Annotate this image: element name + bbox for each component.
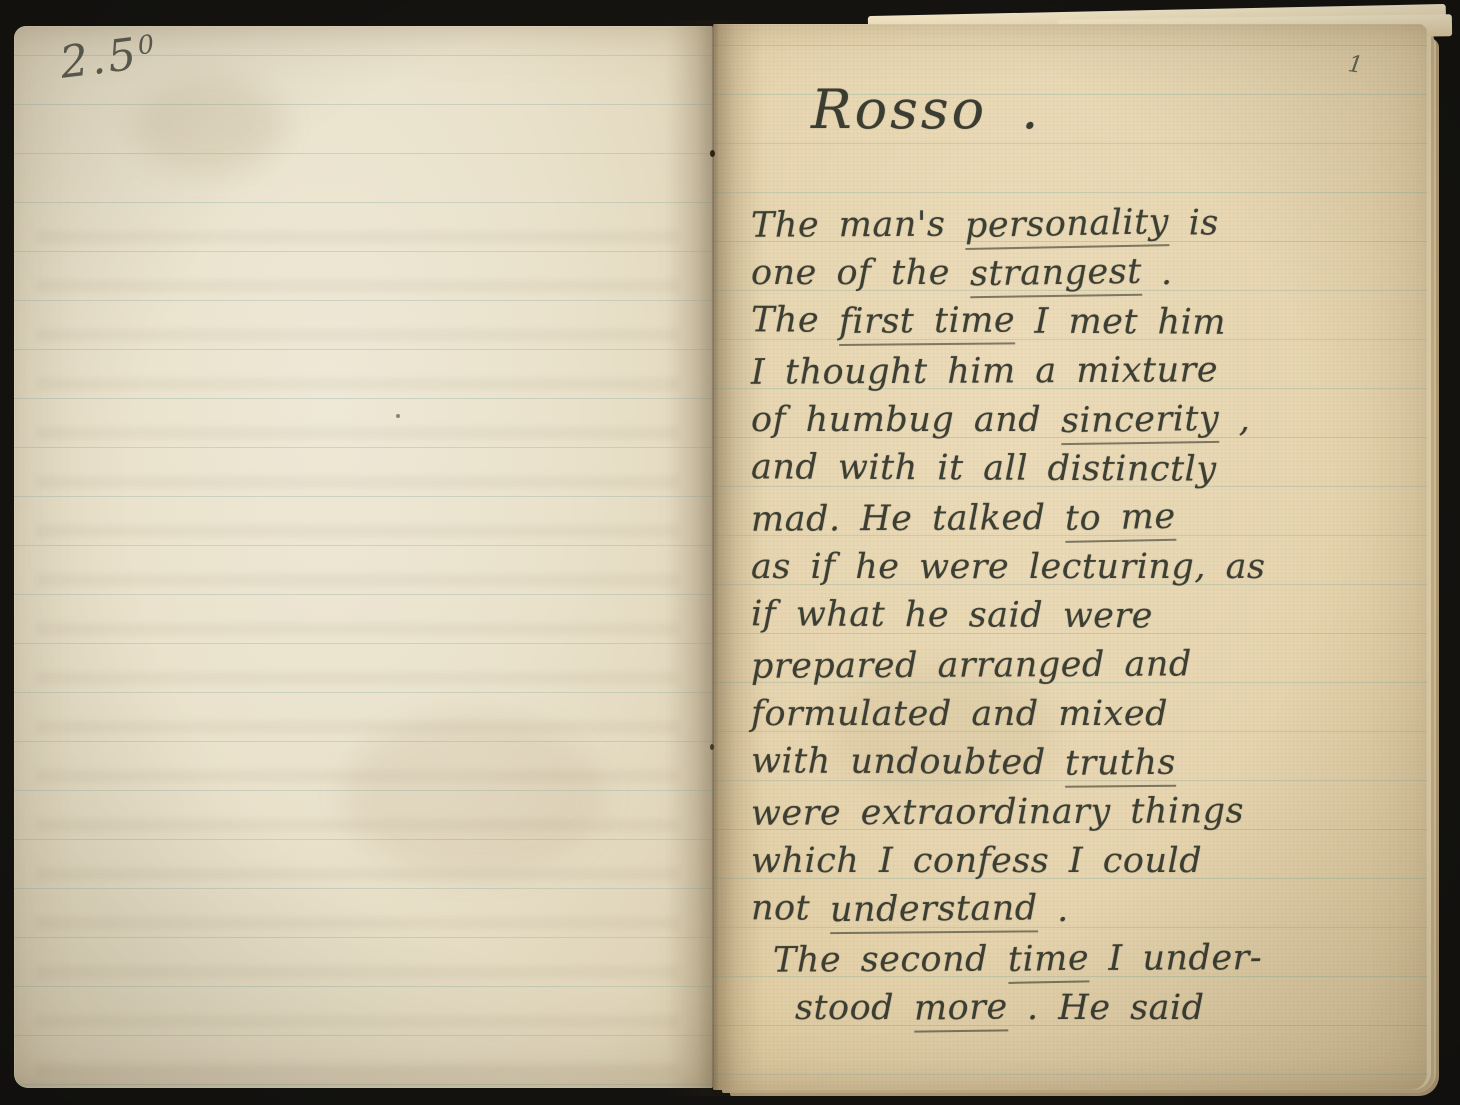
handwriting-text: if what he said were xyxy=(751,594,1153,636)
handwriting-text: . xyxy=(1141,253,1172,293)
handwriting-text: one of the xyxy=(751,253,970,293)
handwriting-line: if what he said were xyxy=(751,590,1411,642)
handwriting-text: which I confess I could xyxy=(751,841,1202,881)
handwriting-text: , xyxy=(1219,400,1250,440)
handwriting-text: and with it all distinctly xyxy=(751,447,1217,489)
paper-stain xyxy=(344,716,604,876)
showthrough-marks xyxy=(36,231,679,1086)
handwriting-text: The xyxy=(751,300,839,340)
handwriting-text: not xyxy=(751,888,830,928)
ink-speck xyxy=(710,150,715,157)
underlined-word: more xyxy=(913,989,1007,1032)
handwriting-text: of humbug and xyxy=(751,400,1061,440)
handwriting-line: The man's personality is xyxy=(751,198,1411,250)
handwriting-line: mad. He talked to me xyxy=(751,492,1411,544)
price-annotation-main: 2.5 xyxy=(57,29,142,89)
handwriting-line: The first time I met him xyxy=(751,296,1411,348)
handwriting-text: formulated and mixed xyxy=(751,694,1168,734)
handwriting-line: with undoubted truths xyxy=(751,737,1411,789)
entry-title: Rosso . xyxy=(811,78,1041,141)
handwriting-line: prepared arranged and xyxy=(751,639,1411,691)
handwriting-text: prepared arranged and xyxy=(751,644,1192,686)
underlined-word: personality xyxy=(965,204,1170,250)
handwriting-line: I thought him a mixture xyxy=(751,345,1411,397)
left-page: 2.50 xyxy=(14,26,713,1088)
underlined-word: strangest xyxy=(969,254,1141,298)
handwriting-text: . He said xyxy=(1007,988,1204,1028)
handwriting-text: I met him xyxy=(1015,302,1226,343)
underlined-word: sincerity xyxy=(1061,401,1220,445)
handwriting-text: The second xyxy=(773,939,1008,980)
underlined-word: understand xyxy=(830,890,1038,934)
handwriting-line: which I confess I could xyxy=(751,837,1411,886)
handwriting-text: is xyxy=(1169,203,1219,243)
underlined-word: first time xyxy=(839,302,1016,345)
handwriting-line: stood more . He said xyxy=(751,984,1411,1033)
handwriting-line: of humbug and sincerity , xyxy=(751,396,1411,445)
underlined-word: truths xyxy=(1065,745,1176,788)
handwriting-text: as if he were lecturing, as xyxy=(751,547,1265,587)
handwriting-line: not understand . xyxy=(751,884,1411,936)
notebook-scan: 2.50 1 Rosso . The man's personality iso… xyxy=(0,0,1460,1105)
ink-speck xyxy=(396,414,400,418)
ink-speck xyxy=(710,744,714,750)
handwriting-line: formulated and mixed xyxy=(751,690,1411,739)
underlined-word: time xyxy=(1007,940,1089,983)
handwriting-text: mad. He talked xyxy=(751,498,1065,540)
binding-crease xyxy=(712,24,714,1088)
handwriting-text: . xyxy=(1037,890,1068,930)
handwriting-text: I under- xyxy=(1089,938,1263,979)
paper-stain xyxy=(134,78,284,173)
handwriting-text: with undoubted xyxy=(751,741,1065,783)
handwriting-line: were extraordinary things xyxy=(751,786,1411,838)
handwriting-line: and with it all distinctly xyxy=(751,443,1411,495)
handwriting-text: I thought him a mixture xyxy=(751,350,1218,392)
handwriting-text: were extraordinary things xyxy=(751,791,1244,834)
handwriting-line: one of the strangest . xyxy=(751,249,1411,298)
handwriting-line: The second time I under- xyxy=(751,933,1411,985)
handwriting-line: as if he were lecturing, as xyxy=(751,543,1411,592)
handwriting-lines: The man's personality isone of the stran… xyxy=(751,200,1411,1033)
right-page: 1 Rosso . The man's personality isone of… xyxy=(713,24,1427,1090)
underlined-word: to me xyxy=(1065,499,1176,543)
price-annotation-superscript: 0 xyxy=(136,29,159,61)
handwriting-text: stood xyxy=(795,988,914,1028)
handwriting-text: The man's xyxy=(751,205,965,246)
